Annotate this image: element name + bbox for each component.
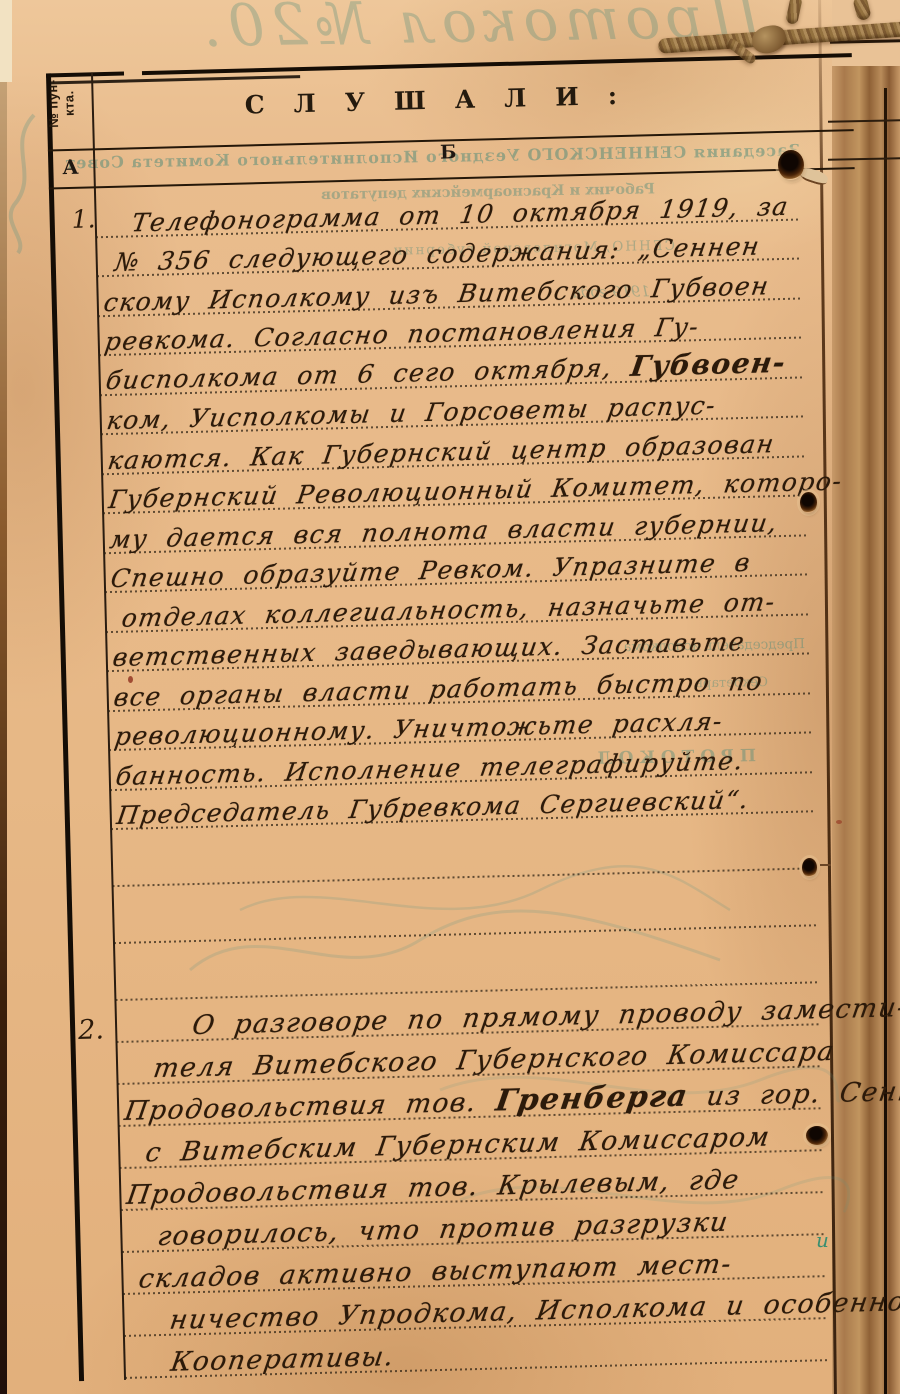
column-a-label: А [62,155,79,179]
wormhole [802,858,817,877]
point-number-2: 2. [78,1014,105,1046]
section-2-handwritten-text: О разговоре по прямому проводу замести-т… [119,983,828,1379]
wormhole [778,150,804,180]
wormhole [806,1126,828,1145]
red-ink-speck [836,820,842,824]
point-number-column-label: № пун- кта. [44,60,79,147]
red-ink-speck [128,676,133,683]
point-number-1: 1. [71,204,96,234]
hole-scratch [820,864,831,866]
heard-column-header: СЛУШАЛИ: [244,79,685,119]
form-sheet: № пун- кта. СЛУШАЛИ: А Б 1. 2. Телефоног… [0,11,889,1393]
section-1-handwritten-text: Телефонограмма от 10 октября 1919, за№ 3… [99,180,819,1000]
column-b-label: Б [440,141,457,163]
archival-document-scan: Протокол №20. Заседания СЕННЕНСКОГО Уезд… [0,0,900,1394]
wormhole [800,492,817,513]
table-left-border [46,73,84,1381]
